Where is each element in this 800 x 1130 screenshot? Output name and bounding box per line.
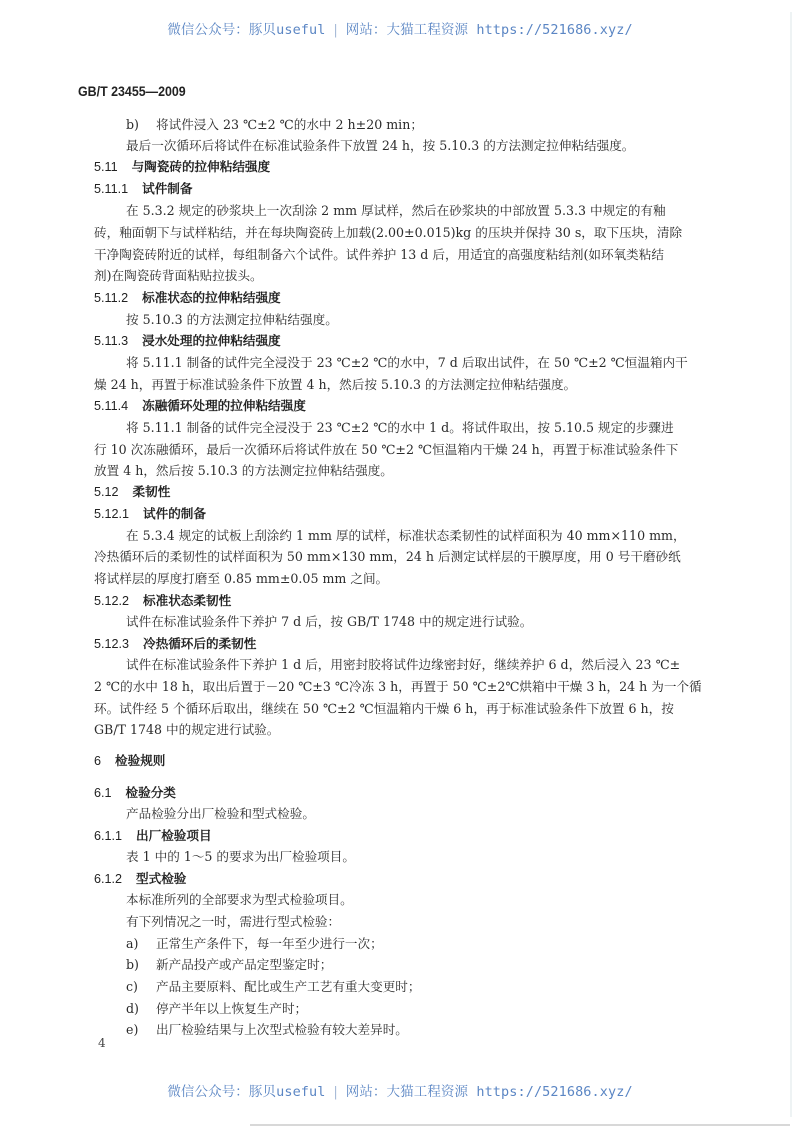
watermark-wechat: 微信公众号：豚贝useful [167, 22, 325, 38]
paragraph: 按 5.10.3 的方法测定拉伸粘结强度。 [126, 311, 338, 329]
watermark-site: 网站：大猫工程资源 https://521686.xyz/ [346, 1084, 633, 1100]
paragraph: 2 ℃的水中 18 h，取出后置于－20 ℃±3 ℃冷冻 3 h，再置于 50 … [94, 678, 702, 696]
section-heading-5-11: 5.11与陶瓷砖的拉伸粘结强度 [94, 158, 270, 176]
watermark-wechat: 微信公众号：豚贝useful [167, 1084, 325, 1100]
list-item: b)将试件浸入 23 ℃±2 ℃的水中 2 h±20 min； [126, 116, 423, 134]
list-item: a)正常生产条件下，每一年至少进行一次； [126, 935, 383, 953]
page-number: 4 [98, 1036, 106, 1050]
page-bottom-edge [250, 1124, 790, 1126]
section-heading-5-11-1: 5.11.1试件制备 [94, 180, 192, 198]
section-heading-5-12-2: 5.12.2标准状态柔韧性 [94, 592, 231, 610]
paragraph: 表 1 中的 1～5 的要求为出厂检验项目。 [126, 848, 355, 866]
paragraph: 砖，釉面朝下与试样粘结，并在每块陶瓷砖上加载(2.00±0.015)kg 的压块… [94, 224, 682, 242]
paragraph: 试件在标准试验条件下养护 7 d 后，按 GB/T 1748 中的规定进行试验。 [126, 613, 532, 631]
watermark-separator: | [331, 22, 339, 38]
paragraph: 最后一次循环后将试件在标准试验条件下放置 24 h，按 5.10.3 的方法测定… [126, 137, 634, 155]
paragraph: 在 5.3.2 规定的砂浆块上一次刮涂 2 mm 厚试样，然后在砂浆块的中部放置… [126, 202, 666, 220]
list-item: b)新产品投产或产品定型鉴定时； [126, 956, 332, 974]
paragraph: 有下列情况之一时，需进行型式检验： [126, 913, 340, 931]
section-heading-5-12: 5.12柔韧性 [94, 483, 170, 501]
watermark-site: 网站：大猫工程资源 https://521686.xyz/ [346, 22, 633, 38]
paragraph: 冷热循环后的柔韧性的试样面积为 50 mm×130 mm，24 h 后测定试样层… [94, 548, 681, 566]
item-text: 将试件浸入 23 ℃±2 ℃的水中 2 h±20 min； [156, 117, 423, 132]
section-heading-6: 6检验规则 [94, 752, 165, 770]
paragraph: 燥 24 h，再置于标准试验条件下放置 4 h，然后按 5.10.3 的方法测定… [94, 376, 576, 394]
header-watermark: 微信公众号：豚贝useful|网站：大猫工程资源 https://521686.… [0, 18, 800, 38]
section-heading-6-1: 6.1检验分类 [94, 784, 176, 802]
paragraph: GB/T 1748 中的规定进行试验。 [94, 721, 279, 739]
item-label: b) [126, 116, 156, 134]
paragraph: 在 5.3.4 规定的试板上刮涂约 1 mm 厚的试样，标准状态柔韧性的试样面积… [126, 527, 686, 545]
paragraph: 将 5.11.1 制备的试件完全浸没于 23 ℃±2 ℃的水中，7 d 后取出试… [126, 354, 688, 372]
section-heading-5-12-3: 5.12.3冷热循环后的柔韧性 [94, 635, 256, 653]
paragraph: 产品检验分出厂检验和型式检验。 [126, 805, 315, 823]
paragraph: 行 10 次冻融循环，最后一次循环后将试件放在 50 ℃±2 ℃恒温箱内干燥 2… [94, 441, 678, 459]
paragraph: 将 5.11.1 制备的试件完全浸没于 23 ℃±2 ℃的水中 1 d。将试件取… [126, 419, 674, 437]
list-item: e)出厂检验结果与上次型式检验有较大差异时。 [126, 1021, 408, 1039]
section-heading-6-1-2: 6.1.2型式检验 [94, 870, 186, 888]
footer-watermark: 微信公众号：豚贝useful|网站：大猫工程资源 https://521686.… [0, 1080, 800, 1100]
section-heading-5-12-1: 5.12.1试件的制备 [94, 505, 206, 523]
list-item: d)停产半年以上恢复生产时； [126, 1000, 307, 1018]
paragraph: 将试样层的厚度打磨至 0.85 mm±0.05 mm 之间。 [94, 570, 388, 588]
section-heading-5-11-2: 5.11.2标准状态的拉伸粘结强度 [94, 289, 281, 307]
section-heading-6-1-1: 6.1.1出厂检验项目 [94, 827, 212, 845]
section-heading-5-11-4: 5.11.4冻融循环处理的拉伸粘结强度 [94, 397, 306, 415]
section-heading-5-11-3: 5.11.3浸水处理的拉伸粘结强度 [94, 332, 281, 350]
paragraph: 试件在标准试验条件下养护 1 d 后，用密封胶将试件边缘密封好，继续养护 6 d… [126, 656, 680, 674]
list-item: c)产品主要原料、配比或生产工艺有重大变更时； [126, 978, 420, 996]
standard-number: GB/T 23455—2009 [78, 84, 186, 99]
paragraph: 干净陶瓷砖附近的试样，每组制备六个试件。试件养护 13 d 后，用适宜的高强度粘… [94, 246, 664, 264]
watermark-separator: | [331, 1084, 339, 1100]
paragraph: 放置 4 h，然后按 5.10.3 的方法测定拉伸粘结强度。 [94, 462, 393, 480]
page-edge [790, 12, 792, 1117]
paragraph: 环。试件经 5 个循环后取出，继续在 50 ℃±2 ℃恒温箱内干燥 6 h，再于… [94, 700, 674, 718]
paragraph: 剂)在陶瓷砖背面粘贴拉拔头。 [94, 267, 263, 285]
paragraph: 本标准所列的全部要求为型式检验项目。 [126, 891, 353, 909]
